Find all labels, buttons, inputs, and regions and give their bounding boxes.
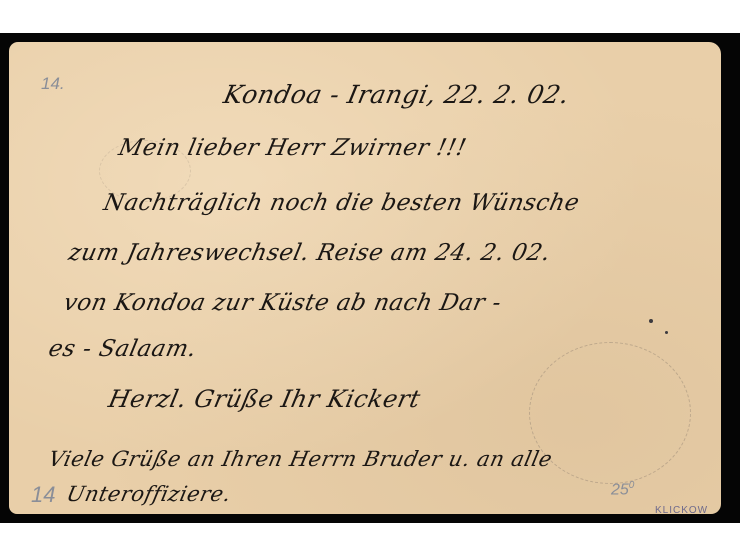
body-line-3: von Kondoa zur Küste ab nach Dar - bbox=[61, 290, 504, 316]
pencil-note-bottom-left: 14 bbox=[31, 482, 55, 508]
collector-stamp: KLICKOW bbox=[655, 505, 708, 514]
price-value: 25 bbox=[611, 481, 629, 498]
postcard: 14. Kondoa - Irangi, 22. 2. 02. Mein lie… bbox=[9, 42, 721, 514]
postscript-line-2: Unteroffiziere. bbox=[64, 482, 233, 506]
faint-postmark bbox=[529, 342, 691, 484]
price-superscript: 0 bbox=[629, 480, 635, 491]
pencil-note-top-left: 14. bbox=[41, 74, 65, 94]
closing-signature: Herzl. Grüße Ihr Kickert bbox=[106, 385, 423, 413]
salutation: Mein lieber Herr Zwirner !!! bbox=[116, 135, 469, 161]
body-line-2: zum Jahreswechsel. Reise am 24. 2. 02. bbox=[66, 240, 553, 266]
ink-speck bbox=[649, 319, 653, 323]
postscript-line-1: Viele Grüße an Ihren Herrn Bruder u. an … bbox=[46, 447, 554, 471]
body-line-1: Nachträglich noch die besten Wünsche bbox=[101, 190, 582, 216]
place-date: Kondoa - Irangi, 22. 2. 02. bbox=[221, 80, 572, 109]
photo-frame: 14. Kondoa - Irangi, 22. 2. 02. Mein lie… bbox=[0, 33, 740, 523]
ink-speck bbox=[665, 331, 668, 334]
pencil-price: 250 bbox=[611, 480, 634, 499]
body-line-4: es - Salaam. bbox=[46, 336, 199, 362]
